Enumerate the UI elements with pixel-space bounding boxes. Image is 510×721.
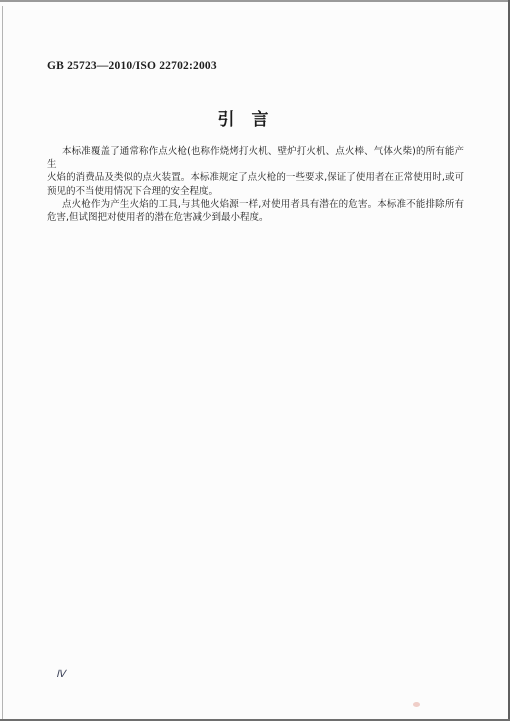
scan-border-left (2, 6, 3, 721)
scan-border-top (0, 0, 510, 2)
document-page: GB 25723—2010/ISO 22702:2003 引 言 本标准覆盖了通… (0, 0, 510, 721)
paragraph-line: 点火枪作为产生火焰的工具,与其他火焰源一样,对使用者具有潜在的危害。本标准不能排… (47, 198, 464, 211)
page-number: Ⅳ (56, 669, 65, 680)
paragraph-line: 危害,但试图把对使用者的潜在危害减少到最小程度。 (47, 211, 464, 224)
standard-number: GB 25723—2010/ISO 22702:2003 (47, 60, 217, 72)
section-title: 引 言 (47, 105, 439, 130)
paragraph-line: 火焰的消费品及类似的点火装置。本标准规定了点火枪的一些要求,保证了使用者在正常使… (47, 171, 464, 184)
intro-body: 本标准覆盖了通常称作点火枪(也称作烧烤打火机、壁炉打火机、点火棒、气体火柴)的所… (47, 145, 464, 224)
paragraph-line: 本标准覆盖了通常称作点火枪(也称作烧烤打火机、壁炉打火机、点火棒、气体火柴)的所… (47, 145, 464, 171)
scan-speck (413, 702, 420, 707)
paragraph-line: 预见的不当使用情况下合理的安全程度。 (47, 185, 464, 198)
